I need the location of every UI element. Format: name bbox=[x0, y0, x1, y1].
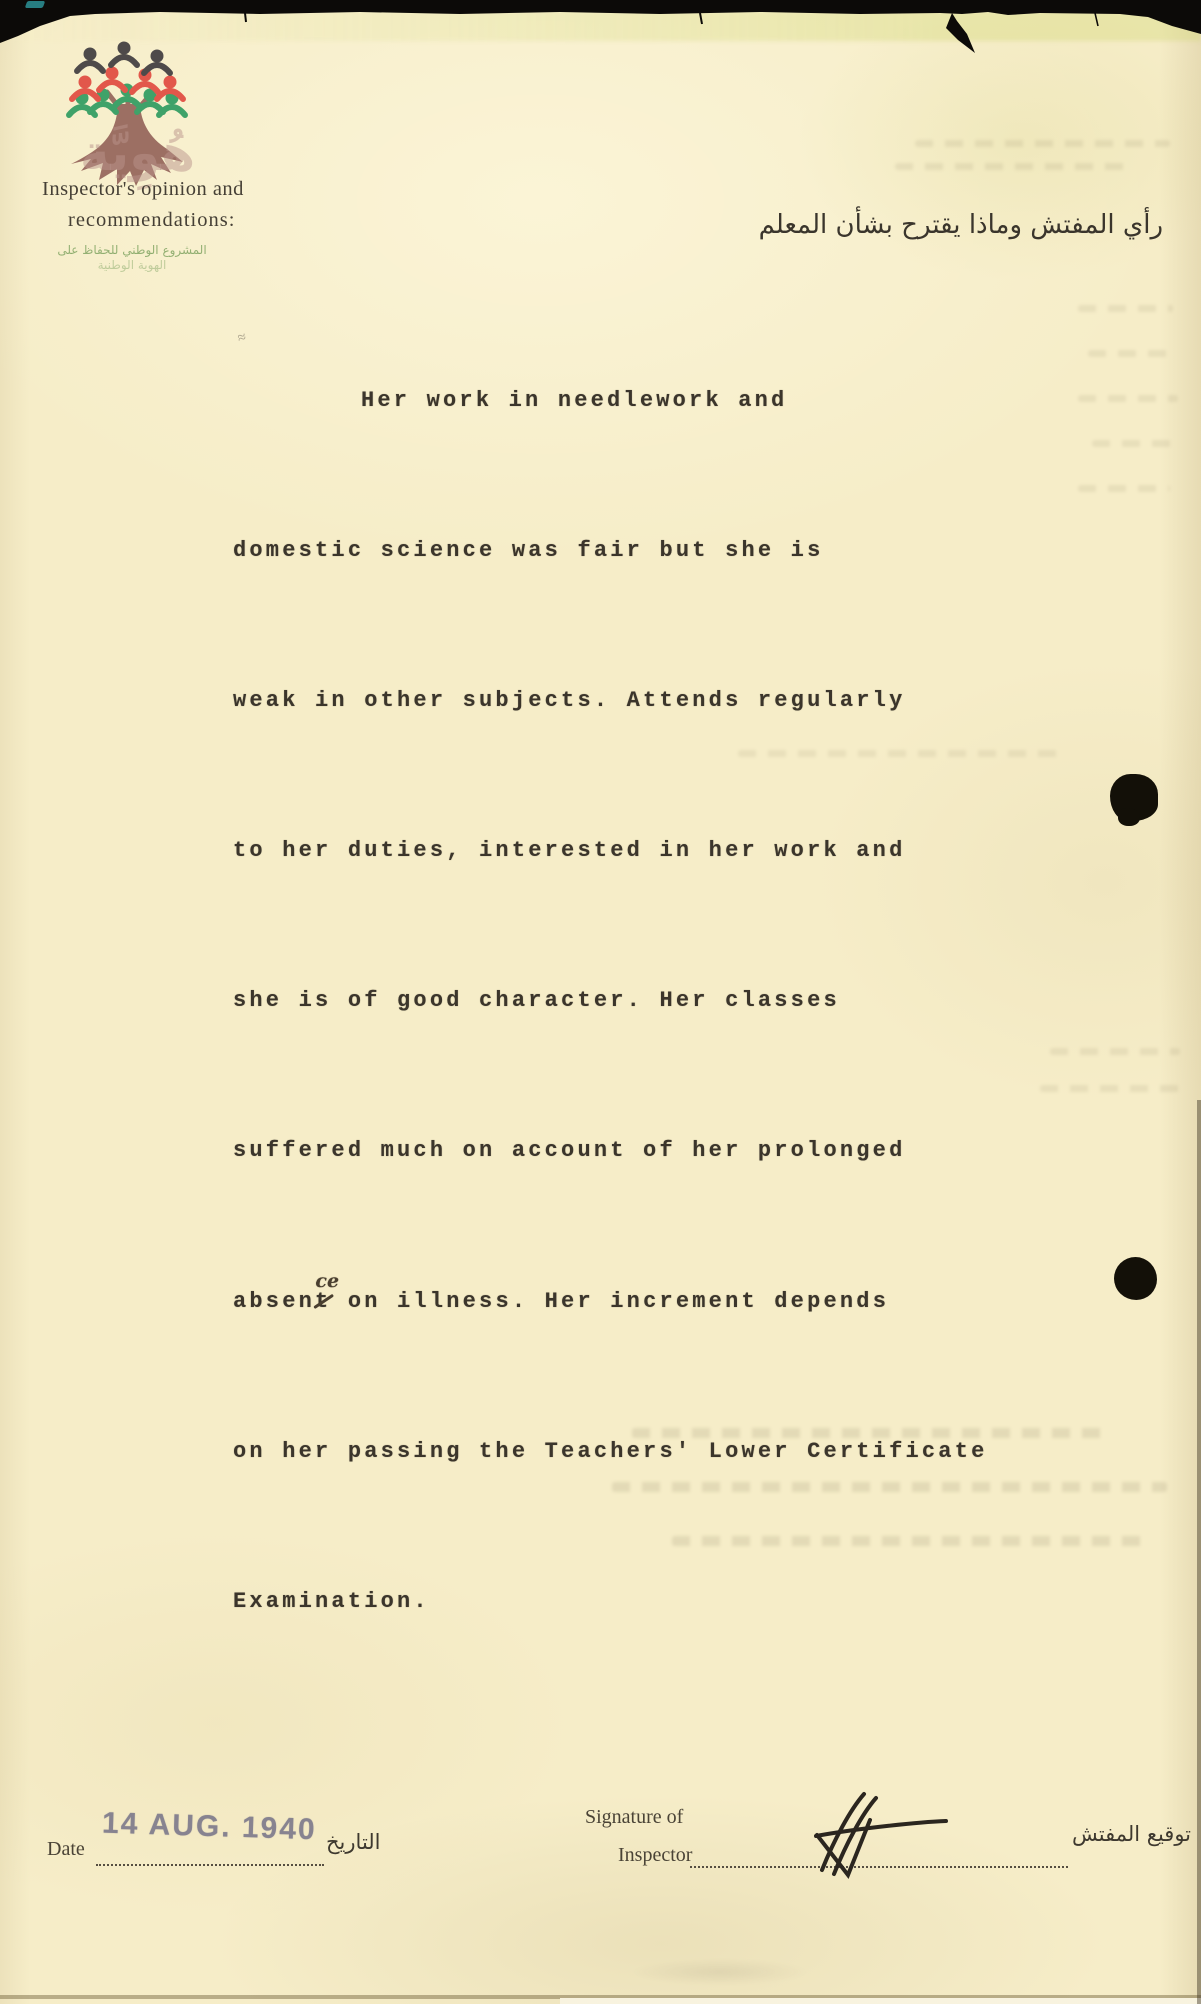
typed-line: domestic science was fair but she is bbox=[233, 526, 988, 576]
date-arabic-label: التاريخ bbox=[326, 1830, 381, 1854]
punch-hole-top bbox=[1110, 774, 1158, 821]
date-label: Date bbox=[47, 1838, 85, 1861]
typed-line: Examination. bbox=[233, 1577, 988, 1627]
signature-label-line2: Inspector bbox=[618, 1844, 692, 1867]
typed-text-after-correction: on illness. Her increment depends bbox=[331, 1289, 889, 1314]
punch-hole-bottom bbox=[1114, 1257, 1157, 1300]
right-scan-edge bbox=[1197, 1100, 1201, 2004]
typed-line: Her work in needlework and bbox=[233, 376, 988, 426]
watermark-subtitle-line1: المشروع الوطني للحفاظ على bbox=[52, 243, 212, 258]
header-english-title: Inspector's opinion and recommendations: bbox=[42, 174, 244, 236]
typed-report-text: Her work in needlework and domestic scie… bbox=[233, 276, 988, 1727]
signature-arabic-label: توقيع المفتش bbox=[1072, 1822, 1191, 1846]
typed-text-before-correction: absen bbox=[233, 1289, 315, 1314]
logo-people-row-dark bbox=[77, 42, 170, 74]
signature-label-line1: Signature of bbox=[585, 1806, 683, 1829]
typed-line: she is of good character. Her classes bbox=[233, 976, 988, 1026]
typed-line: suffered much on account of her prolonge… bbox=[233, 1126, 988, 1176]
typed-line: weak in other subjects. Attends regularl… bbox=[233, 676, 988, 726]
typed-line: on her passing the Teachers' Lower Certi… bbox=[233, 1427, 988, 1477]
watermark-word: هُوِيَّة bbox=[80, 128, 195, 178]
header-english-line2: recommendations: bbox=[42, 205, 244, 236]
bleedthrough-smudge-right-column bbox=[1078, 305, 1183, 492]
watermark-subtitle: المشروع الوطني للحفاظ على الهوية الوطنية bbox=[52, 243, 212, 273]
watermark-subtitle-line2: الهوية الوطنية bbox=[52, 258, 212, 273]
bottom-white-strip bbox=[560, 1998, 1201, 2004]
date-stamp: 14 AUG. 1940 bbox=[102, 1807, 318, 1848]
scanned-document-page: هُوِيَّة المشروع الوطني للحفاظ على الهوي… bbox=[0, 0, 1201, 2004]
typed-line-with-correction: absentce on illness. Her increment depen… bbox=[233, 1276, 988, 1327]
bleedthrough-smudge-right-mid bbox=[1040, 1048, 1190, 1092]
header-arabic-title: رأي المفتش وماذا يقترح بشأن المعلم bbox=[759, 210, 1163, 240]
typed-line: to her duties, interested in her work an… bbox=[233, 826, 988, 876]
inspector-signature bbox=[800, 1778, 1020, 1893]
header-english-line1: Inspector's opinion and bbox=[42, 174, 244, 205]
bleedthrough-smudge-top-right bbox=[895, 140, 1180, 170]
bleedthrough-smudge-bottom bbox=[600, 1952, 840, 1992]
registration-mark bbox=[25, 1, 46, 8]
